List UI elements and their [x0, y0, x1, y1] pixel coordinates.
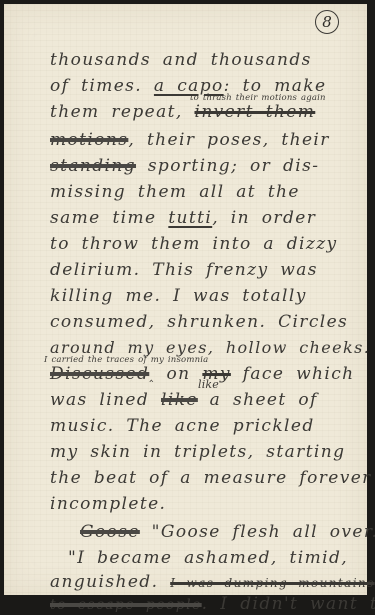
line-text: "I became ashamed, timid,: [68, 548, 348, 568]
line-text: face which: [243, 364, 355, 384]
struck-text: invert them: [194, 102, 315, 122]
manuscript-line-16: my skin in triplets, starting: [50, 442, 345, 462]
manuscript-line-18: incomplete.: [50, 494, 166, 514]
line-text: . I didn't want to: [202, 594, 375, 600]
manuscript-line-9: delirium. This frenzy was: [50, 260, 318, 280]
line-text: thousands and thousands: [50, 50, 312, 70]
line-text: missing them all at the: [50, 182, 300, 202]
manuscript-line-3: them repeat, invert them: [50, 102, 315, 122]
line-text: sporting; or dis-: [148, 156, 320, 176]
manuscript-line-11: consumed, shrunken. Circles: [50, 312, 348, 332]
page-number-circle: 8: [315, 10, 339, 34]
line-text: on: [167, 364, 191, 384]
line-text: incomplete.: [50, 494, 166, 514]
manuscript-line-1: thousands and thousands: [50, 50, 312, 70]
insertion-caret-icon: ‸: [149, 368, 154, 382]
manuscript-page: 8 thousands and thousands of times. a ca…: [4, 4, 367, 595]
line-text: a sheet of: [210, 390, 318, 410]
line-text: my skin in triplets, starting: [50, 442, 345, 462]
struck-text: motions: [50, 130, 128, 150]
manuscript-line-5: standing sporting; or dis-: [50, 156, 319, 176]
line-text: consumed, shrunken. Circles: [50, 312, 348, 332]
manuscript-line-6: missing them all at the: [50, 182, 300, 202]
underlined-term-tutti: tutti: [168, 208, 212, 228]
manuscript-line-8: to throw them into a dizzy: [50, 234, 338, 254]
manuscript-line-10: killing me. I was totally: [50, 286, 307, 306]
struck-text: like: [161, 390, 198, 410]
line-text: , in order: [212, 208, 316, 228]
manuscript-line-19: Goose "Goose flesh all over.: [80, 522, 375, 542]
struck-text: I was dumping mountains: [170, 576, 374, 590]
line-text: to throw them into a dizzy: [50, 234, 338, 254]
manuscript-line-4: motions, their poses, their: [50, 130, 330, 150]
line-text: , their poses, their: [128, 130, 329, 150]
line-text: music. The acne prickled: [50, 416, 315, 436]
struck-text: standing: [50, 156, 136, 176]
manuscript-line-15: music. The acne prickled: [50, 416, 315, 436]
page-number: 8: [322, 15, 332, 30]
manuscript-line-20: "I became ashamed, timid,: [68, 548, 348, 568]
interlinear-insertion: like: [198, 380, 219, 390]
scan-frame: 8 thousands and thousands of times. a ca…: [0, 0, 375, 600]
struck-text: Discussed: [50, 364, 149, 384]
manuscript-line-21: anguished. I was dumping mountains: [50, 572, 375, 593]
manuscript-line-7: same time tutti, in order: [50, 208, 316, 228]
line-text: same time: [50, 208, 157, 228]
line-text: the beat of a measure forever: [50, 468, 372, 488]
line-text: was lined: [50, 390, 149, 410]
line-text: killing me. I was totally: [50, 286, 307, 306]
line-text: them repeat,: [50, 102, 183, 122]
line-text: of times.: [50, 76, 142, 96]
line-text: anguished.: [50, 572, 158, 592]
manuscript-line-14: was lined like a sheet of: [50, 390, 318, 410]
manuscript-line-17: the beat of a measure forever: [50, 468, 372, 488]
struck-text: Goose: [80, 522, 140, 542]
line-text: delirium. This frenzy was: [50, 260, 318, 280]
manuscript-line-22: to escape people. I didn't want to: [50, 594, 375, 600]
line-text: "Goose flesh all over.: [152, 522, 375, 542]
